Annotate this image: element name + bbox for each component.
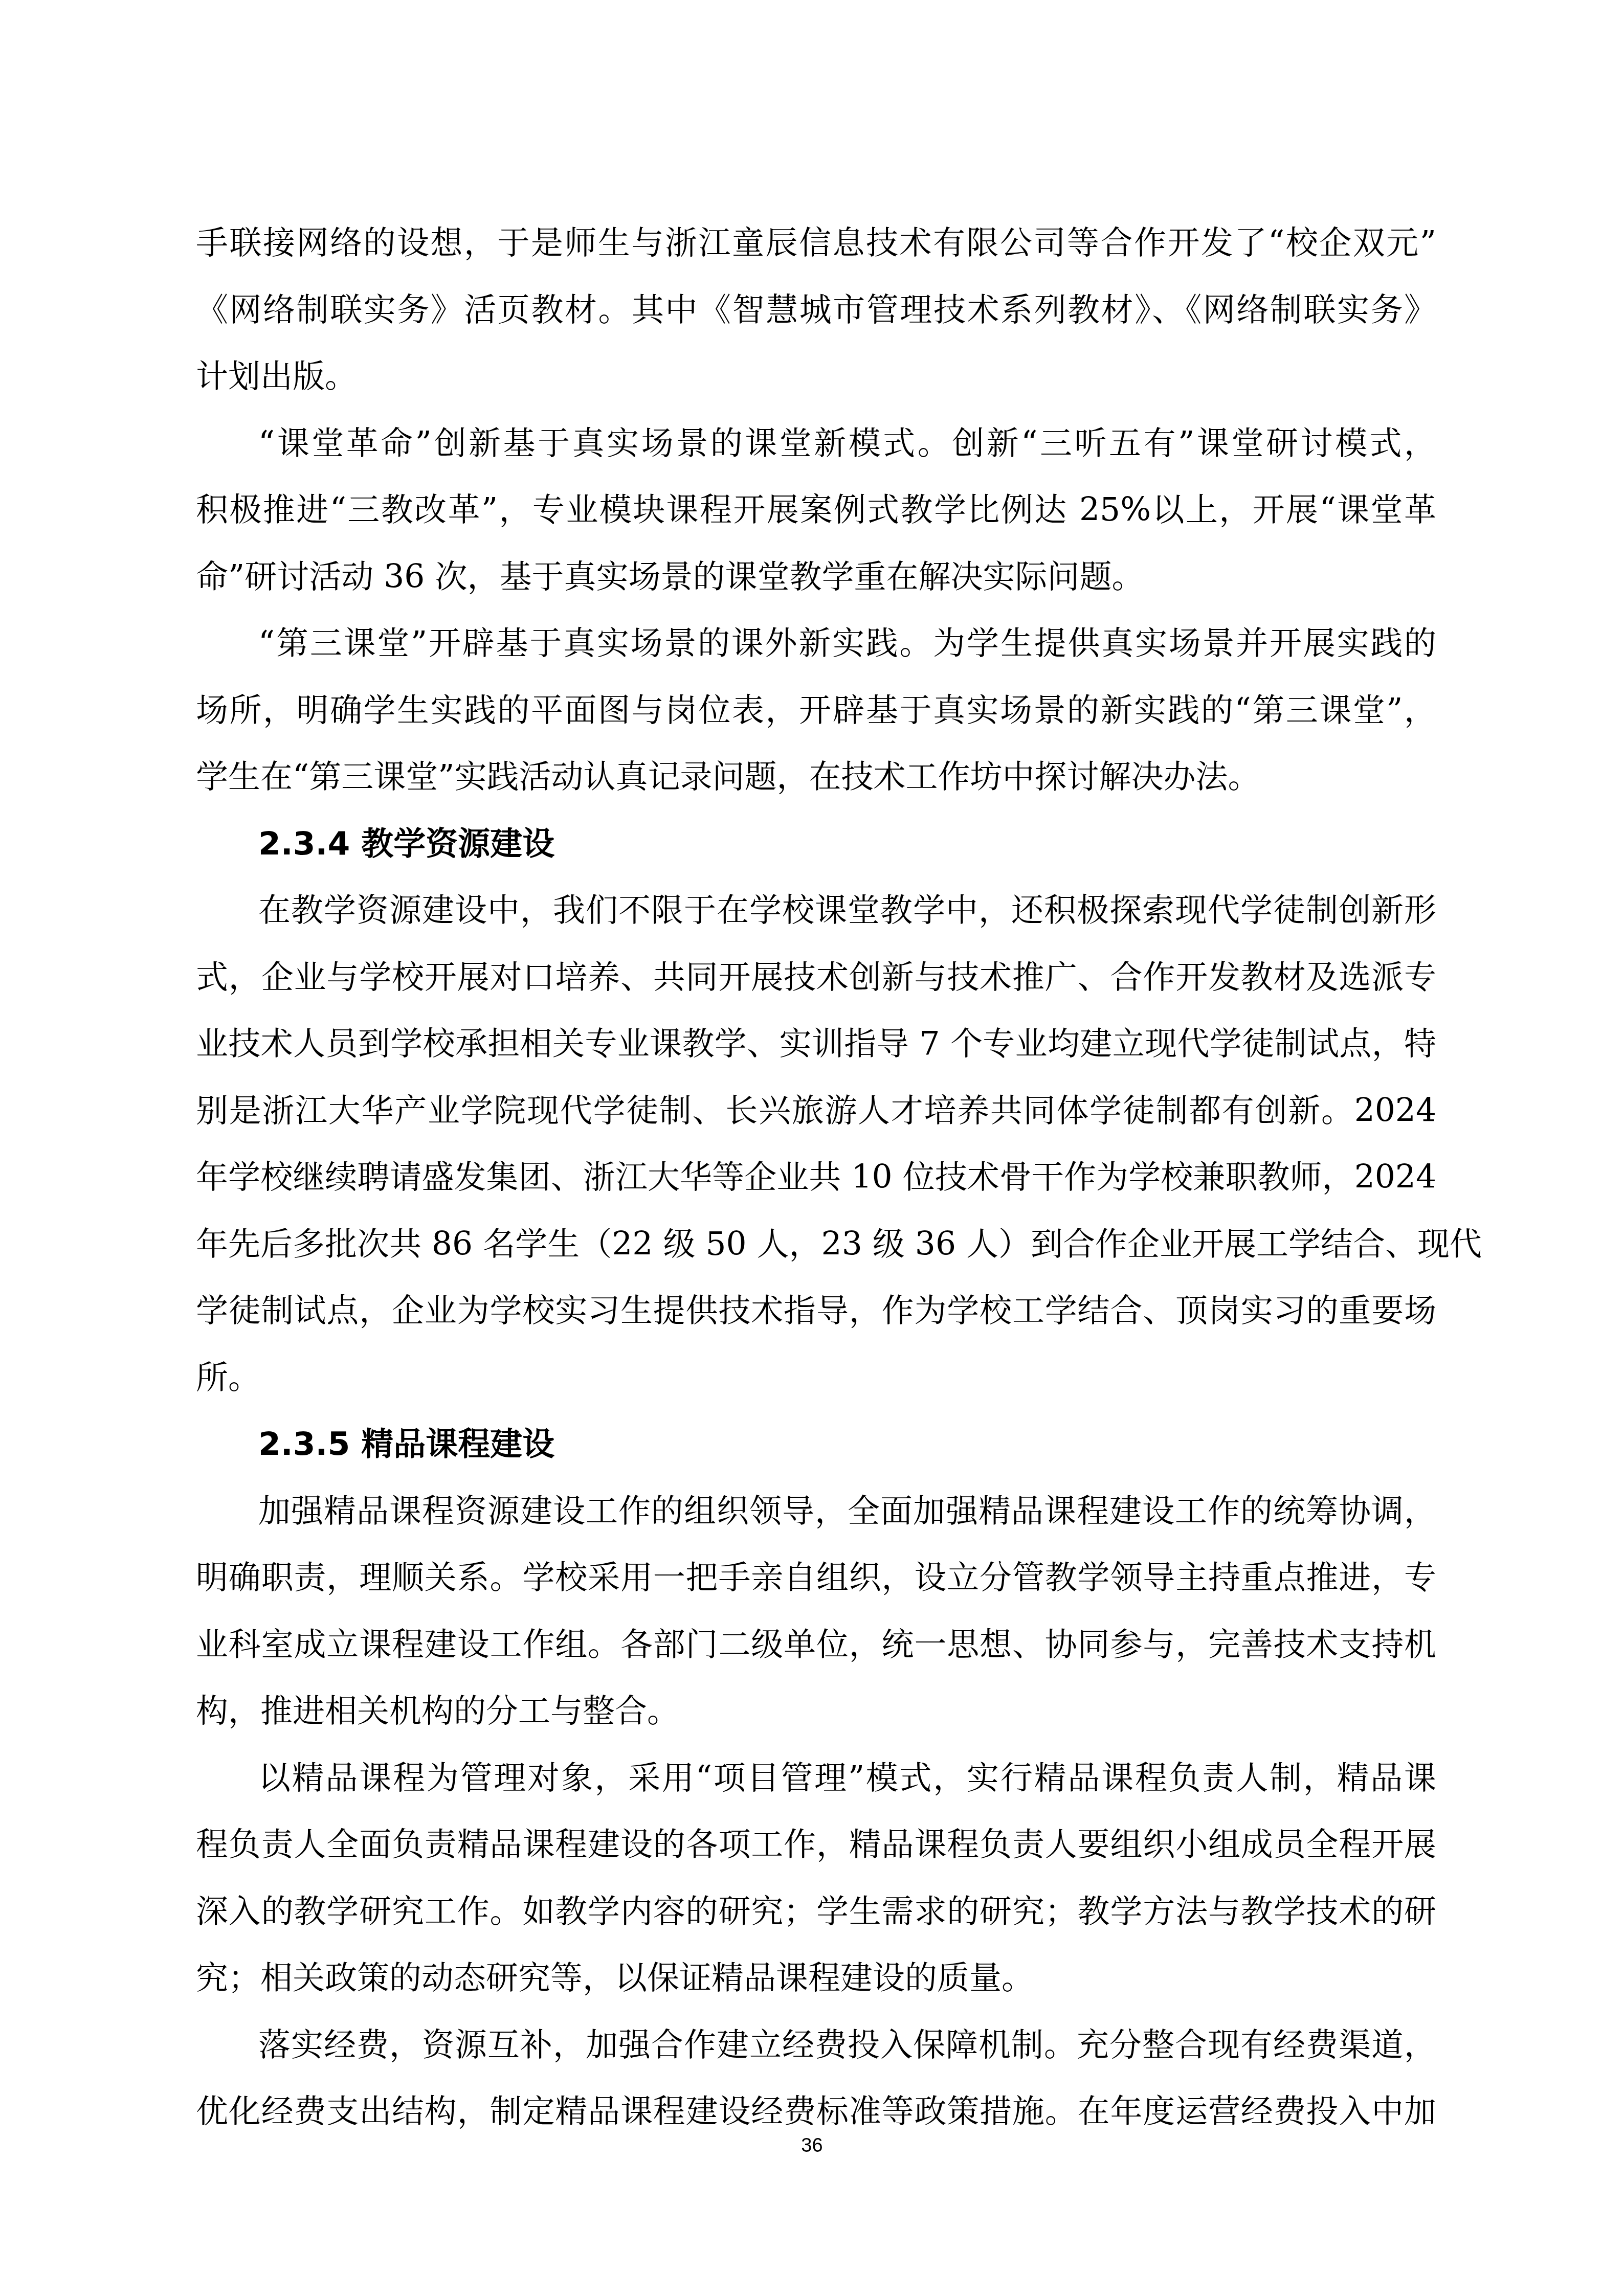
paragraph-classroom-revolution: “课堂革命”创新基于真实场景的课堂新模式。创新“三听五有”课堂研讨模式， 积极推…	[196, 410, 1436, 611]
paragraph-textbook-development: 手联接网络的设想，于是师生与浙江童辰信息技术有限公司等合作开发了“校企双元” 《…	[196, 210, 1436, 410]
text-line: 落实经费，资源互补，加强合作建立经费投入保障机制。充分整合现有经费渠道，	[196, 2012, 1436, 2079]
text-line: “第三课堂”开辟基于真实场景的课外新实践。为学生提供真实场景并开展实践的	[196, 610, 1436, 677]
page-number: 36	[0, 2135, 1624, 2157]
paragraph-organization: 加强精品课程资源建设工作的组织领导，全面加强精品课程建设工作的统筹协调， 明确职…	[196, 1478, 1436, 1745]
text-line: “课堂革命”创新基于真实场景的课堂新模式。创新“三听五有”课堂研讨模式，	[196, 410, 1436, 477]
text-line: 以精品课程为管理对象，采用“项目管理”模式，实行精品课程负责人制，精品课	[196, 1745, 1436, 1812]
text-line: 命”研讨活动 36 次，基于真实场景的课堂教学重在解决实际问题。	[196, 544, 1436, 611]
paragraph-teaching-resources: 在教学资源建设中，我们不限于在学校课堂教学中，还积极探索现代学徒制创新形 式，企…	[196, 877, 1436, 1411]
text-line: 学生在“第三课堂”实践活动认真记录问题，在技术工作坊中探讨解决办法。	[196, 744, 1436, 811]
text-line: 学徒制试点，企业为学校实习生提供技术指导，作为学校工学结合、顶岗实习的重要场	[196, 1277, 1436, 1344]
text-line: 业科室成立课程建设工作组。各部门二级单位，统一思想、协同参与，完善技术支持机	[196, 1611, 1436, 1678]
text-line: 场所，明确学生实践的平面图与岗位表，开辟基于真实场景的新实践的“第三课堂”，	[196, 677, 1436, 744]
text-line: 深入的教学研究工作。如教学内容的研究；学生需求的研究；教学方法与教学技术的研	[196, 1878, 1436, 1945]
text-line: 明确职责，理顺关系。学校采用一把手亲自组织，设立分管教学领导主持重点推进，专	[196, 1544, 1436, 1611]
text-line: 《网络制联实务》活页教材。其中《智慧城市管理技术系列教材》、《网络制联实务》	[196, 277, 1436, 344]
text-line: 业技术人员到学校承担相关专业课教学、实训指导 7 个专业均建立现代学徒制试点，特	[196, 1010, 1436, 1077]
paragraph-third-classroom: “第三课堂”开辟基于真实场景的课外新实践。为学生提供真实场景并开展实践的 场所，…	[196, 610, 1436, 811]
text-line: 加强精品课程资源建设工作的组织领导，全面加强精品课程建设工作的统筹协调，	[196, 1478, 1436, 1545]
text-line: 究；相关政策的动态研究等，以保证精品课程建设的质量。	[196, 1945, 1436, 2012]
section-heading-2-3-4: 2.3.4 教学资源建设	[196, 811, 1436, 877]
text-line: 积极推进“三教改革”，专业模块课程开展案例式教学比例达 25%以上，开展“课堂革	[196, 477, 1436, 544]
text-line: 式，企业与学校开展对口培养、共同开展技术创新与技术推广、合作开发教材及选派专	[196, 944, 1436, 1011]
document-page: 手联接网络的设想，于是师生与浙江童辰信息技术有限公司等合作开发了“校企双元” 《…	[0, 0, 1624, 2296]
document-body: 手联接网络的设想，于是师生与浙江童辰信息技术有限公司等合作开发了“校企双元” 《…	[196, 210, 1436, 2145]
text-line: 构，推进相关机构的分工与整合。	[196, 1678, 1436, 1745]
paragraph-funding: 落实经费，资源互补，加强合作建立经费投入保障机制。充分整合现有经费渠道， 优化经…	[196, 2012, 1436, 2145]
text-line: 手联接网络的设想，于是师生与浙江童辰信息技术有限公司等合作开发了“校企双元”	[196, 210, 1436, 277]
text-line: 所。	[196, 1344, 1436, 1411]
text-line: 在教学资源建设中，我们不限于在学校课堂教学中，还积极探索现代学徒制创新形	[196, 877, 1436, 944]
text-line: 程负责人全面负责精品课程建设的各项工作，精品课程负责人要组织小组成员全程开展	[196, 1811, 1436, 1878]
text-line: 年先后多批次共 86 名学生（22 级 50 人，23 级 36 人）到合作企业…	[196, 1211, 1436, 1278]
text-line: 年学校继续聘请盛发集团、浙江大华等企业共 10 位技术骨干作为学校兼职教师，20…	[196, 1144, 1436, 1211]
section-heading-2-3-5: 2.3.5 精品课程建设	[196, 1411, 1436, 1478]
paragraph-project-management: 以精品课程为管理对象，采用“项目管理”模式，实行精品课程负责人制，精品课 程负责…	[196, 1745, 1436, 2012]
text-line: 计划出版。	[196, 343, 1436, 410]
text-line: 别是浙江大华产业学院现代学徒制、长兴旅游人才培养共同体学徒制都有创新。2024	[196, 1077, 1436, 1144]
